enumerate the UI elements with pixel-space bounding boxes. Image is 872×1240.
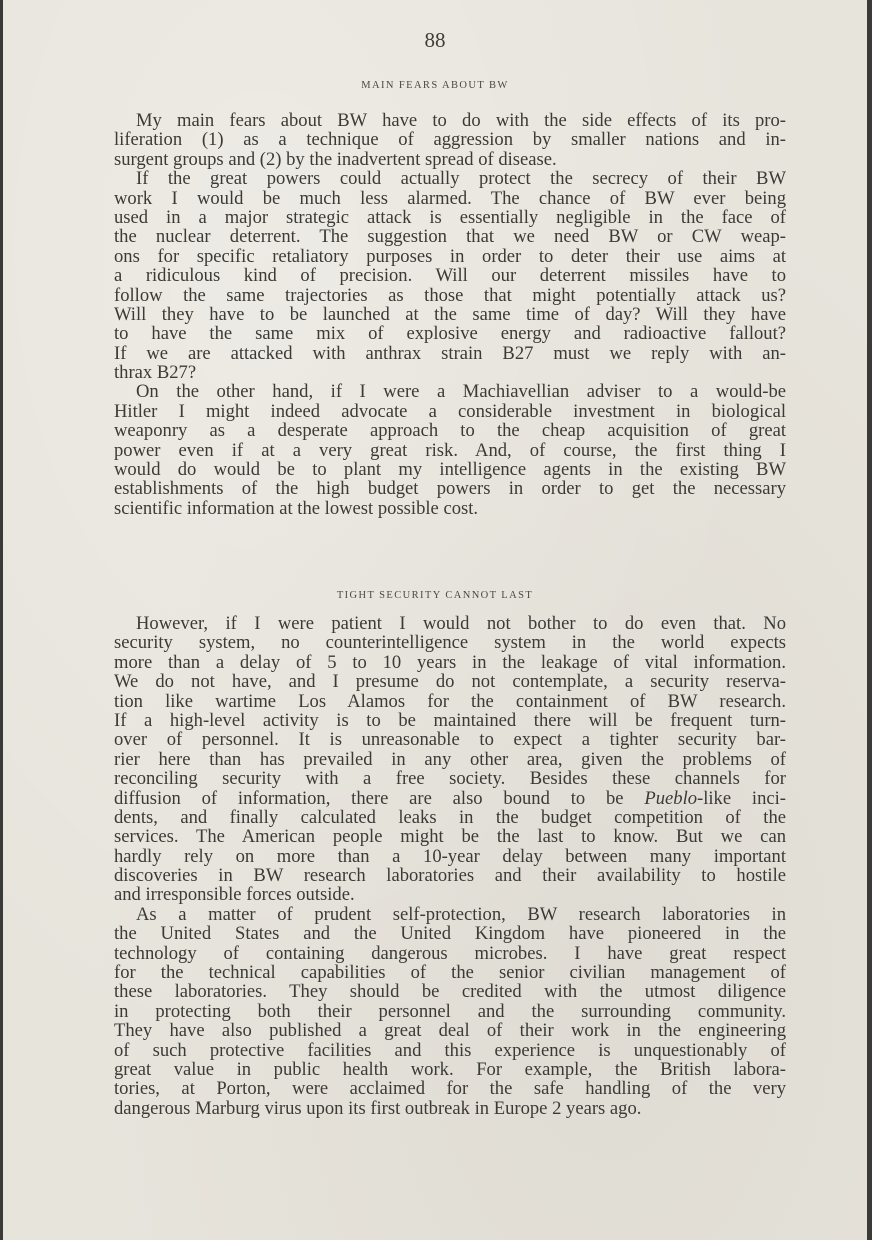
- text-line: If a high-level activity is to be mainta…: [114, 711, 786, 730]
- page-number: 88: [3, 28, 867, 53]
- text-line: thrax B27?: [114, 363, 786, 382]
- document-page: 88 MAIN FEARS ABOUT BW My main fears abo…: [3, 0, 867, 1240]
- text-line: the United States and the United Kingdom…: [114, 924, 786, 943]
- italic-term: Pueblo: [644, 788, 697, 809]
- text-line: over of personnel. It is unreasonable to…: [114, 730, 786, 749]
- text-line: surgent groups and (2) by the inadverten…: [114, 150, 786, 169]
- text-line: tion like wartime Los Alamos for the con…: [114, 692, 786, 711]
- text-line: technology of containing dangerous micro…: [114, 944, 786, 963]
- text-line: services. The American people might be t…: [114, 827, 786, 846]
- text-line: We do not have, and I presume do not con…: [114, 672, 786, 691]
- text-line: On the other hand, if I were a Machiavel…: [114, 382, 786, 401]
- text-line: follow the same trajectories as those th…: [114, 286, 786, 305]
- text-line: and irresponsible forces outside.: [114, 885, 786, 904]
- text-line: in protecting both their personnel and t…: [114, 1002, 786, 1021]
- text-line: Will they have to be launched at the sam…: [114, 305, 786, 324]
- text-line: liferation (1) as a technique of aggress…: [114, 130, 786, 149]
- section-body-tight-security: However, if I were patient I would not b…: [114, 614, 786, 1118]
- text-line: My main fears about BW have to do with t…: [114, 111, 786, 130]
- text-line: If the great powers could actually prote…: [114, 169, 786, 188]
- text-line: security system, no counterintelligence …: [114, 633, 786, 652]
- text-line: would do would be to plant my intelligen…: [114, 460, 786, 479]
- text-line: establishments of the high budget powers…: [114, 479, 786, 498]
- section-body-main-fears: My main fears about BW have to do with t…: [114, 111, 786, 518]
- text-line: tories, at Porton, were acclaimed for th…: [114, 1079, 786, 1098]
- text-line: dangerous Marburg virus upon its first o…: [114, 1099, 786, 1118]
- text-line: weaponry as a desperate approach to the …: [114, 421, 786, 440]
- text-line: Hitler I might indeed advocate a conside…: [114, 402, 786, 421]
- text-line: of such protective facilities and this e…: [114, 1041, 786, 1060]
- text-line: As a matter of prudent self-protection, …: [114, 905, 786, 924]
- section-heading-main-fears: MAIN FEARS ABOUT BW: [3, 80, 867, 91]
- text-line: more than a delay of 5 to 10 years in th…: [114, 653, 786, 672]
- text-line: power even if at a very great risk. And,…: [114, 441, 786, 460]
- text-line: for the technical capabilities of the se…: [114, 963, 786, 982]
- text-line: However, if I were patient I would not b…: [114, 614, 786, 633]
- text-line: great value in public health work. For e…: [114, 1060, 786, 1079]
- text-line: to have the same mix of explosive energy…: [114, 324, 786, 343]
- text-line: hardly rely on more than a 10-year delay…: [114, 847, 786, 866]
- text-line: ons for specific retaliatory purposes in…: [114, 247, 786, 266]
- text-line: diffusion of information, there are also…: [114, 789, 786, 808]
- text-line: a ridiculous kind of precision. Will our…: [114, 266, 786, 285]
- text-line: these laboratories. They should be credi…: [114, 982, 786, 1001]
- section-heading-tight-security: TIGHT SECURITY CANNOT LAST: [3, 590, 867, 601]
- text-line: the nuclear deterrent. The suggestion th…: [114, 227, 786, 246]
- text-line: They have also published a great deal of…: [114, 1021, 786, 1040]
- text-line: discoveries in BW research laboratories …: [114, 866, 786, 885]
- text-line: work I would be much less alarmed. The c…: [114, 189, 786, 208]
- text-line: used in a major strategic attack is esse…: [114, 208, 786, 227]
- text-line: dents, and finally calculated leaks in t…: [114, 808, 786, 827]
- text-line: If we are attacked with anthrax strain B…: [114, 344, 786, 363]
- text-line: rier here than has prevailed in any othe…: [114, 750, 786, 769]
- text-line: reconciling security with a free society…: [114, 769, 786, 788]
- text-line: scientific information at the lowest pos…: [114, 499, 786, 518]
